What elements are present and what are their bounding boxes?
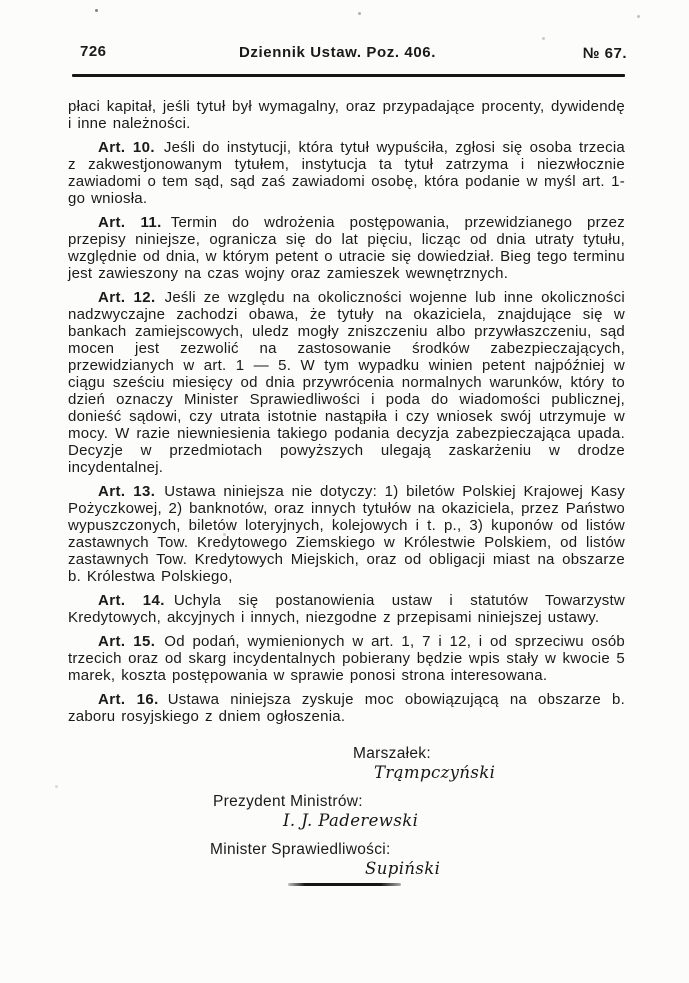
signature-role: Minister Sprawiedliwości: — [210, 840, 625, 859]
paragraph-art-11: Art. 11.Termin do wdrożenia postępowania… — [68, 214, 625, 282]
paragraph-continuation: płaci kapitał, jeśli tytuł był wymagalny… — [68, 98, 625, 132]
signature-prezydent-ministrow: Prezydent Ministrów: I. J. Paderewski — [68, 792, 625, 831]
paragraph-art-15: Art. 15.Od podań, wymienionych w art. 1,… — [68, 633, 625, 684]
article-label: Art. 12. — [98, 289, 156, 306]
section-divider-rule — [288, 883, 401, 886]
journal-title: Dziennik Ustaw. Poz. 406. — [0, 44, 675, 61]
document-body: płaci kapitał, jeśli tytuł był wymagalny… — [68, 98, 625, 888]
signature-minister-sprawiedliwosci: Minister Sprawiedliwości: Supiński — [68, 840, 625, 879]
article-label: Art. 14. — [98, 592, 165, 609]
article-label: Art. 13. — [98, 483, 155, 500]
signature-role: Marszałek: — [353, 744, 625, 763]
scan-noise-specks — [95, 9, 98, 12]
signature-name: Supiński — [365, 859, 625, 879]
paragraph-text: Jeśli ze względu na okoliczności wojenne… — [68, 289, 625, 476]
paragraph-art-10: Art. 10.Jeśli do instytucji, która tytuł… — [68, 139, 625, 207]
signature-block: Marszałek: Trąmpczyński Prezydent Minist… — [68, 744, 625, 879]
header-rule — [72, 74, 625, 77]
signature-name: I. J. Paderewski — [283, 811, 625, 831]
paragraph-art-12: Art. 12.Jeśli ze względu na okoliczności… — [68, 289, 625, 476]
paragraph-art-16: Art. 16.Ustawa niniejsza zyskuje moc obo… — [68, 691, 625, 725]
signature-role: Prezydent Ministrów: — [213, 792, 625, 811]
scanned-document-page: 726 Dziennik Ustaw. Poz. 406. № 67. płac… — [0, 0, 689, 983]
article-label: Art. 11. — [98, 214, 162, 231]
paragraph-art-14: Art. 14.Uchyla się postanowienia ustaw i… — [68, 592, 625, 626]
article-label: Art. 10. — [98, 139, 155, 156]
signature-marszalek: Marszałek: Trąmpczyński — [68, 744, 625, 783]
paragraph-text: płaci kapitał, jeśli tytuł był wymagalny… — [68, 98, 625, 132]
article-label: Art. 16. — [98, 691, 159, 708]
article-label: Art. 15. — [98, 633, 155, 650]
issue-number: № 67. — [583, 45, 627, 62]
paragraph-art-13: Art. 13.Ustawa niniejsza nie dotyczy: 1)… — [68, 483, 625, 585]
signature-name: Trąmpczyński — [374, 763, 625, 783]
